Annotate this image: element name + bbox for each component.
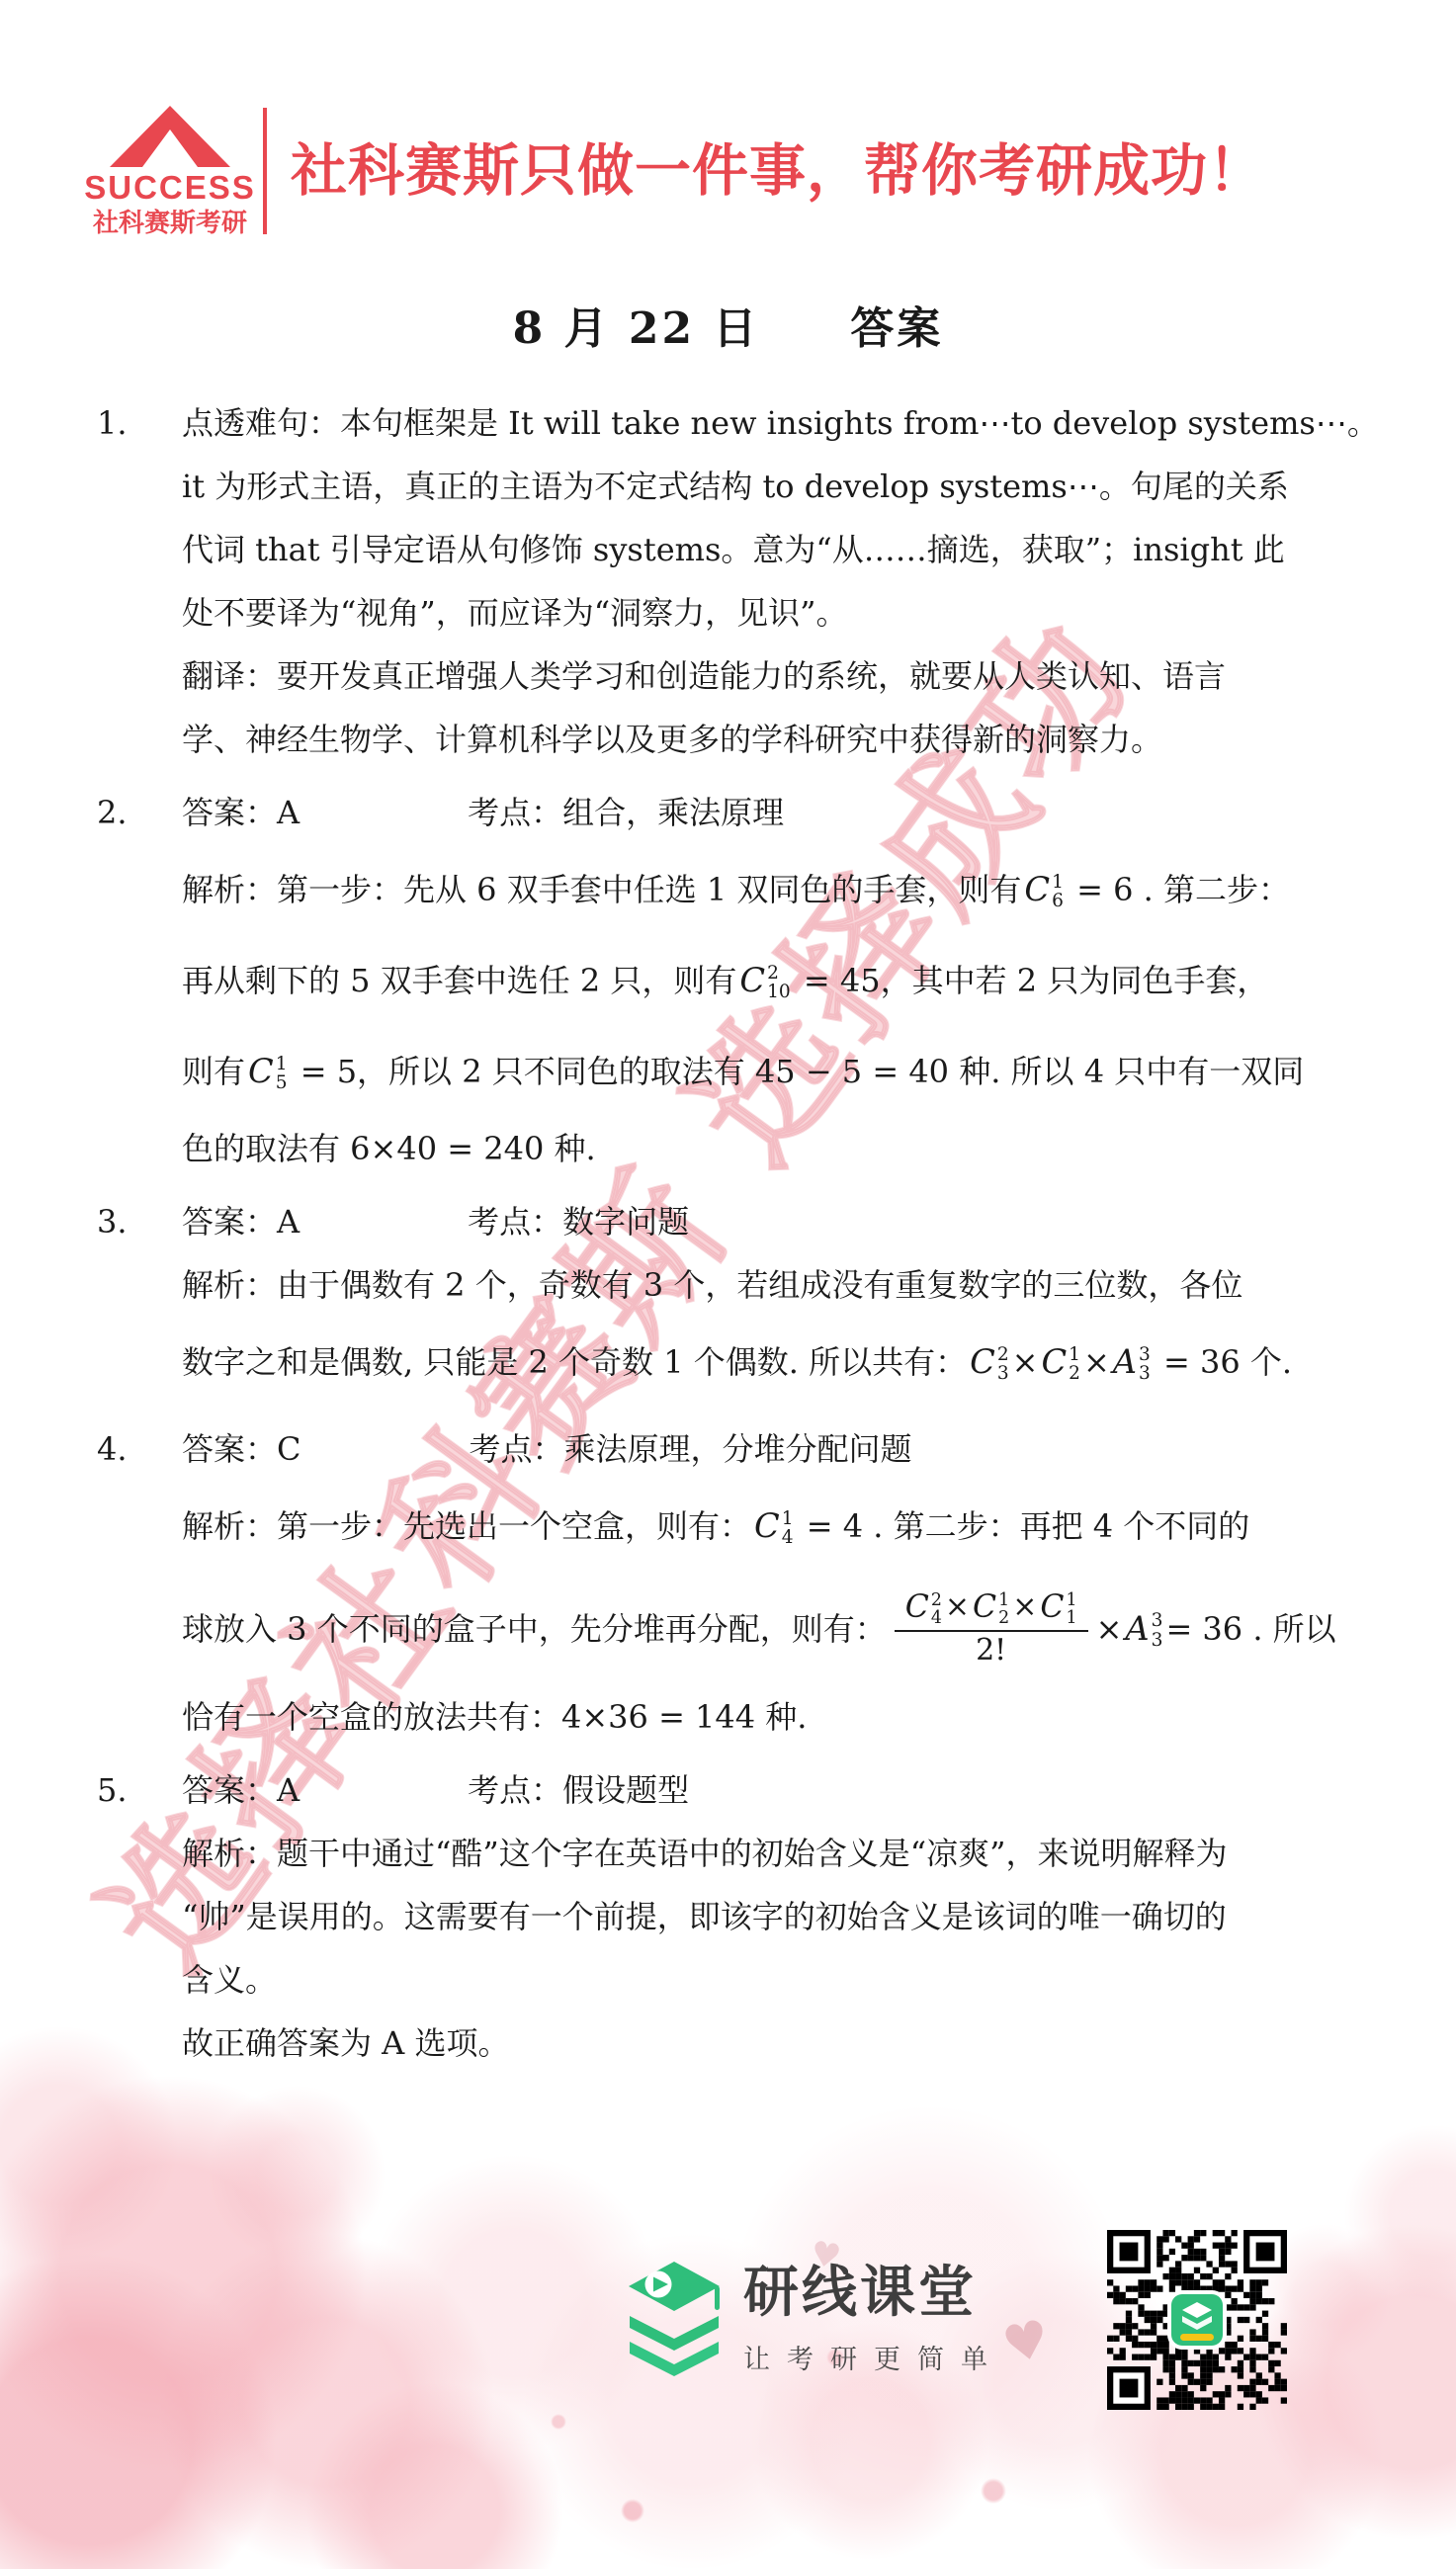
text-run: 考点：数字问题 xyxy=(468,1203,689,1241)
math-symbol: C210 xyxy=(739,949,790,1012)
math-symbol: C16 xyxy=(1024,858,1064,921)
inline-gap xyxy=(301,1459,470,1460)
text-line: 处不要译为“视角”，而应译为“洞察力，见识”。 xyxy=(182,581,1379,644)
footer-brand-name: 研线课堂 xyxy=(743,2264,1004,2322)
text-run: 翻译：要开发真正增强人类学习和创造能力的系统，就要从人类认知、语言 xyxy=(182,657,1226,695)
item-number: 5. xyxy=(97,1758,182,2075)
item-number: 2. xyxy=(97,781,182,1180)
item-number: 4. xyxy=(97,1417,182,1749)
header-headline: 社科赛斯只做一件事，帮你考研成功！ xyxy=(291,140,1265,203)
header-divider xyxy=(263,108,267,234)
qr-code xyxy=(1107,2230,1287,2410)
text-run: it 为形式主语，真正的主语为不定式结构 to develop systems⋯… xyxy=(182,468,1289,505)
text-line: 点透难句：本句框架是 It will take new insights fro… xyxy=(182,391,1379,455)
list-item: 4.答案：C考点：乘法原理，分堆分配问题解析：第一步：先选出一个空盒，则有：C1… xyxy=(97,1417,1379,1749)
text-line: 解析：第一步：先从 6 双手套中任选 1 双同色的手套，则有C16 = 6 . … xyxy=(182,844,1379,935)
math-fraction: C24×C12×C112! xyxy=(895,1589,1088,1668)
text-run: “帅”是误用的。这需要有一个前提，即该字的初始含义是该词的唯一确切的 xyxy=(182,1898,1227,1935)
text-line: 答案：A考点：数字问题 xyxy=(182,1190,1379,1253)
math-symbol: C12 xyxy=(973,1589,1009,1626)
text-run: 考点：假设题型 xyxy=(468,1771,689,1809)
math-symbol: C24 xyxy=(905,1589,942,1626)
item-body: 答案：A考点：数字问题解析：由于偶数有 2 个，奇数有 3 个，若组成没有重复数… xyxy=(182,1190,1379,1408)
footer: 研线课堂 让考研更简单 xyxy=(623,2260,1004,2378)
text-run: 故正确答案为 A 选项。 xyxy=(182,2024,509,2062)
qr-center-app-icon xyxy=(1171,2294,1223,2346)
item-body: 点透难句：本句框架是 It will take new insights fro… xyxy=(182,391,1379,771)
item-body: 答案：A考点：组合，乘法原理解析：第一步：先从 6 双手套中任选 1 双同色的手… xyxy=(182,781,1379,1180)
text-line: 学、神经生物学、计算机科学以及更多的学科研究中获得新的洞察力。 xyxy=(182,708,1379,771)
item-body: 答案：A考点：假设题型解析：题干中通过“酷”这个字在英语中的初始含义是“凉爽”，… xyxy=(182,1758,1379,2075)
text-run: = 45，其中若 2 只为同色手套， xyxy=(794,962,1269,999)
text-run: = 36 个. xyxy=(1154,1343,1292,1381)
math-symbol: A33 xyxy=(1125,1597,1162,1661)
text-run: = 5，所以 2 只不同色的取法有 45 − 5 = 40 种. 所以 4 只中… xyxy=(291,1053,1305,1090)
text-run: 解析：由于偶数有 2 个，奇数有 3 个，若组成没有重复数字的三位数，各位 xyxy=(182,1266,1242,1304)
text-run: 球放入 3 个不同的盒子中，先分堆再分配，则有： xyxy=(182,1597,887,1661)
text-run: = 4 . 第二步：再把 4 个不同的 xyxy=(797,1507,1250,1545)
text-run: × xyxy=(1096,1597,1123,1661)
list-item: 3.答案：A考点：数字问题解析：由于偶数有 2 个，奇数有 3 个，若组成没有重… xyxy=(97,1190,1379,1408)
text-line: 数字之和是偶数, 只能是 2 个奇数 1 个偶数. 所以共有：C23×C12×A… xyxy=(182,1317,1379,1408)
stacked-books-play-icon xyxy=(623,2260,726,2378)
text-line: 翻译：要开发真正增强人类学习和创造能力的系统，就要从人类认知、语言 xyxy=(182,644,1379,708)
text-run: × xyxy=(945,1590,970,1625)
text-run: 答案：A xyxy=(182,1771,300,1809)
text-run: × xyxy=(1083,1343,1110,1381)
text-run: 考点：乘法原理，分堆分配问题 xyxy=(470,1430,912,1468)
text-run: 恰有一个空盒的放法共有：4×36 = 144 种. xyxy=(182,1698,807,1736)
item-number: 1. xyxy=(97,391,182,771)
math-symbol: C15 xyxy=(248,1040,288,1103)
logo-brand-text: SUCCESS xyxy=(84,171,256,206)
text-line: 解析：第一步：先选出一个空盒，则有：C14 = 4 . 第二步：再把 4 个不同… xyxy=(182,1481,1379,1572)
text-line: 答案：C考点：乘法原理，分堆分配问题 xyxy=(182,1417,1379,1481)
text-line: 恰有一个空盒的放法共有：4×36 = 144 种. xyxy=(182,1685,1379,1749)
text-line: “帅”是误用的。这需要有一个前提，即该字的初始含义是该词的唯一确切的 xyxy=(182,1885,1379,1948)
list-item: 2.答案：A考点：组合，乘法原理解析：第一步：先从 6 双手套中任选 1 双同色… xyxy=(97,781,1379,1180)
text-run: 解析：第一步：先从 6 双手套中任选 1 双同色的手套，则有 xyxy=(182,871,1021,908)
roof-triangle-icon xyxy=(110,106,230,169)
text-run: 处不要译为“视角”，而应译为“洞察力，见识”。 xyxy=(182,594,847,632)
text-line: 含义。 xyxy=(182,1948,1379,2012)
text-line: 球放入 3 个不同的盒子中，先分堆再分配，则有：C24×C12×C112!×A3… xyxy=(182,1572,1379,1685)
title-label: 答案 xyxy=(850,303,943,354)
text-run: 答案：A xyxy=(182,1203,300,1241)
text-run: 代词 that 引导定语从句修饰 systems。意为“从……摘选，获取”；in… xyxy=(182,531,1285,568)
text-run: 数字之和是偶数, 只能是 2 个奇数 1 个偶数. 所以共有： xyxy=(182,1343,967,1381)
logo-sub-text: 社科赛斯考研 xyxy=(93,209,247,237)
math-symbol: C12 xyxy=(1041,1330,1080,1394)
text-line: 再从剩下的 5 双手套中选任 2 只，则有C210 = 45，其中若 2 只为同… xyxy=(182,935,1379,1026)
math-symbol: C23 xyxy=(970,1330,1009,1394)
text-line: 答案：A考点：组合，乘法原理 xyxy=(182,781,1379,844)
text-run: 则有 xyxy=(182,1053,245,1090)
text-line: 则有C15 = 5，所以 2 只不同色的取法有 45 − 5 = 40 种. 所… xyxy=(182,1026,1379,1117)
text-run: 点透难句：本句框架是 It will take new insights fro… xyxy=(182,404,1379,442)
math-symbol: C14 xyxy=(754,1495,794,1558)
text-run: = 36 . 所以 xyxy=(1165,1597,1335,1661)
item-number: 3. xyxy=(97,1190,182,1408)
inline-gap xyxy=(300,1232,468,1233)
success-logo: SUCCESS 社科赛斯考研 xyxy=(95,106,245,236)
text-run: 考点：组合，乘法原理 xyxy=(468,794,784,831)
heart-icon: ♥ xyxy=(997,2309,1055,2376)
list-item: 5.答案：A考点：假设题型解析：题干中通过“酷”这个字在英语中的初始含义是“凉爽… xyxy=(97,1758,1379,2075)
text-run: 再从剩下的 5 双手套中选任 2 只，则有 xyxy=(182,962,736,999)
text-run: 色的取法有 6×40 = 240 种. xyxy=(182,1130,596,1167)
footer-slogan: 让考研更简单 xyxy=(743,2338,1004,2376)
content-list: 1.点透难句：本句框架是 It will take new insights f… xyxy=(97,391,1379,2075)
page-header: SUCCESS 社科赛斯考研 社科赛斯只做一件事，帮你考研成功！ xyxy=(0,0,1456,241)
text-run: × xyxy=(1012,1343,1039,1381)
inline-gap xyxy=(300,822,468,823)
text-run: 解析：第一步：先选出一个空盒，则有： xyxy=(182,1507,751,1545)
text-line: 解析：由于偶数有 2 个，奇数有 3 个，若组成没有重复数字的三位数，各位 xyxy=(182,1253,1379,1317)
list-item: 1.点透难句：本句框架是 It will take new insights f… xyxy=(97,391,1379,771)
item-body: 答案：C考点：乘法原理，分堆分配问题解析：第一步：先选出一个空盒，则有：C14 … xyxy=(182,1417,1379,1749)
text-run: = 6 . 第二步： xyxy=(1067,871,1290,908)
text-line: 代词 that 引导定语从句修饰 systems。意为“从……摘选，获取”；in… xyxy=(182,518,1379,581)
math-symbol: A33 xyxy=(1113,1330,1151,1394)
text-line: 解析：题干中通过“酷”这个字在英语中的初始含义是“凉爽”，来说明解释为 xyxy=(182,1822,1379,1885)
text-run: 含义。 xyxy=(182,1961,277,1999)
text-run: 解析：题干中通过“酷”这个字在英语中的初始含义是“凉爽”，来说明解释为 xyxy=(182,1835,1227,1872)
math-symbol: C11 xyxy=(1040,1589,1076,1626)
text-line: 答案：A考点：假设题型 xyxy=(182,1758,1379,1822)
title-date: 8 月 22 日 xyxy=(513,303,760,354)
text-run: 学、神经生物学、计算机科学以及更多的学科研究中获得新的洞察力。 xyxy=(182,721,1162,758)
text-line: it 为形式主语，真正的主语为不定式结构 to develop systems⋯… xyxy=(182,455,1379,518)
text-run: × xyxy=(1012,1590,1037,1625)
page-title: 8 月 22 日答案 xyxy=(0,293,1456,356)
text-run: 答案：C xyxy=(182,1430,301,1468)
document-page: { "page": {"width": 1473, "height": 2599… xyxy=(0,0,1456,2569)
inline-gap xyxy=(300,1800,468,1801)
footer-text-block: 研线课堂 让考研更简单 xyxy=(743,2260,1004,2376)
text-line: 故正确答案为 A 选项。 xyxy=(182,2012,1379,2075)
text-run: 答案：A xyxy=(182,794,300,831)
text-line: 色的取法有 6×40 = 240 种. xyxy=(182,1117,1379,1180)
